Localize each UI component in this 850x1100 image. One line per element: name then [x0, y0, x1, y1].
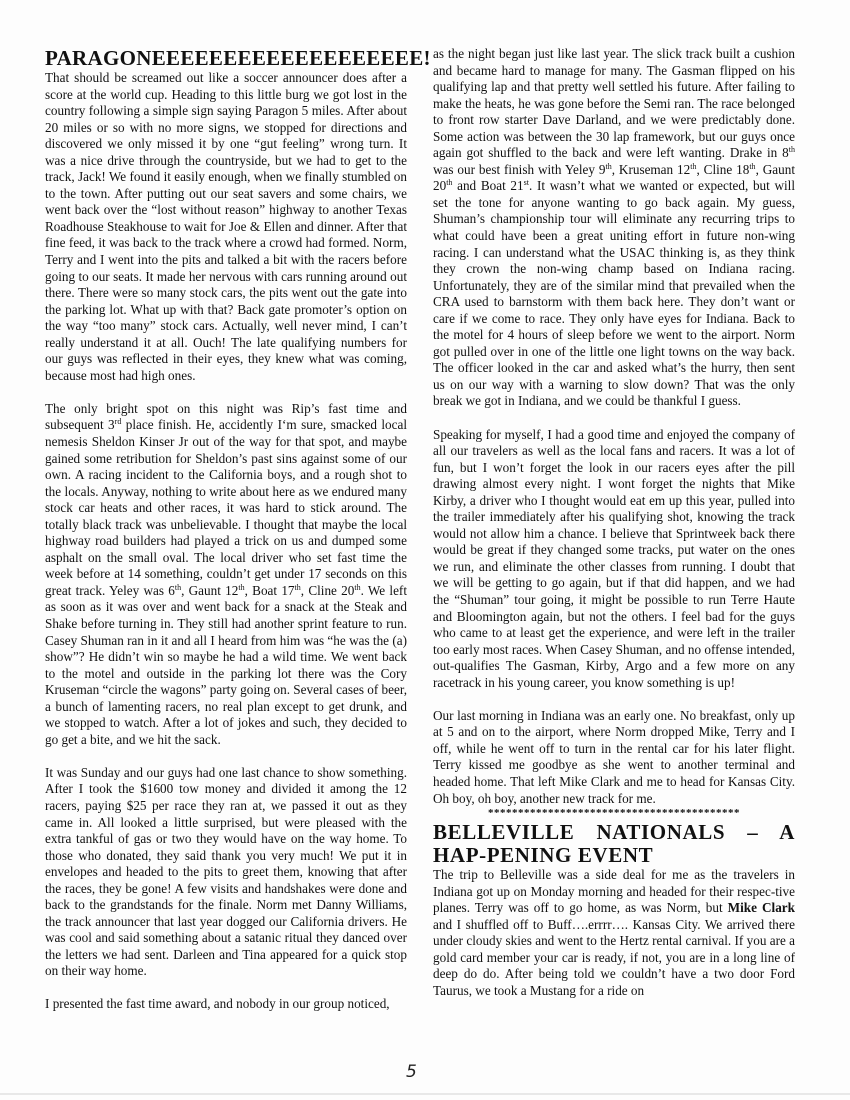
text-run: , Cline 20 [301, 583, 355, 598]
right-column: as the night began just like last year. … [433, 46, 795, 999]
page-number: 5 [406, 1062, 417, 1082]
text-run: , Gaunt 12 [181, 583, 238, 598]
paragraph-speaking-for-myself: Speaking for myself, I had a good time a… [433, 427, 795, 692]
article-headline-belleville: BELLEVILLE NATIONALS – A HAP-PENING EVEN… [433, 821, 795, 867]
text-run: and Boat 21 [452, 178, 523, 193]
text-run: as the night began just like last year. … [433, 46, 795, 160]
paragraph-night-began: as the night began just like last year. … [433, 46, 795, 410]
section-separator: ****************************************… [433, 807, 795, 819]
text-run: was our best finish with Yeley 9 [433, 162, 606, 177]
ordinal-suffix: th [789, 145, 795, 154]
scan-edge-divider [0, 1093, 850, 1095]
text-run: . We left as soon as it was over and wen… [45, 583, 407, 747]
article-headline-paragon: PARAGONEEEEEEEEEEEEEEEEEEE! [45, 46, 407, 70]
text-run: , Boat 17 [245, 583, 295, 598]
newsletter-page: PARAGONEEEEEEEEEEEEEEEEEEE! That should … [0, 0, 850, 1100]
paragraph-paragon-intro: That should be screamed out like a socce… [45, 70, 407, 384]
paragraph-bright-spot: The only bright spot on this night was R… [45, 401, 407, 748]
text-run: . It wasn’t what we wanted or expected, … [433, 178, 795, 408]
text-run: place finish. He, accidently I‘m sure, s… [45, 417, 407, 597]
bold-name: Mike Clark [728, 900, 795, 915]
left-column: PARAGONEEEEEEEEEEEEEEEEEEE! That should … [45, 46, 407, 1013]
paragraph-last-morning: Our last morning in Indiana was an early… [433, 708, 795, 807]
paragraph-fast-time-award: I presented the fast time award, and nob… [45, 996, 407, 1013]
text-run: , Kruseman 12 [612, 162, 691, 177]
text-run: and I shuffled off to Buff….errrr…. Kans… [433, 917, 795, 998]
paragraph-sunday: It was Sunday and our guys had one last … [45, 765, 407, 980]
text-run: , Cline 18 [696, 162, 749, 177]
paragraph-belleville-intro: The trip to Belleville was a side deal f… [433, 867, 795, 999]
